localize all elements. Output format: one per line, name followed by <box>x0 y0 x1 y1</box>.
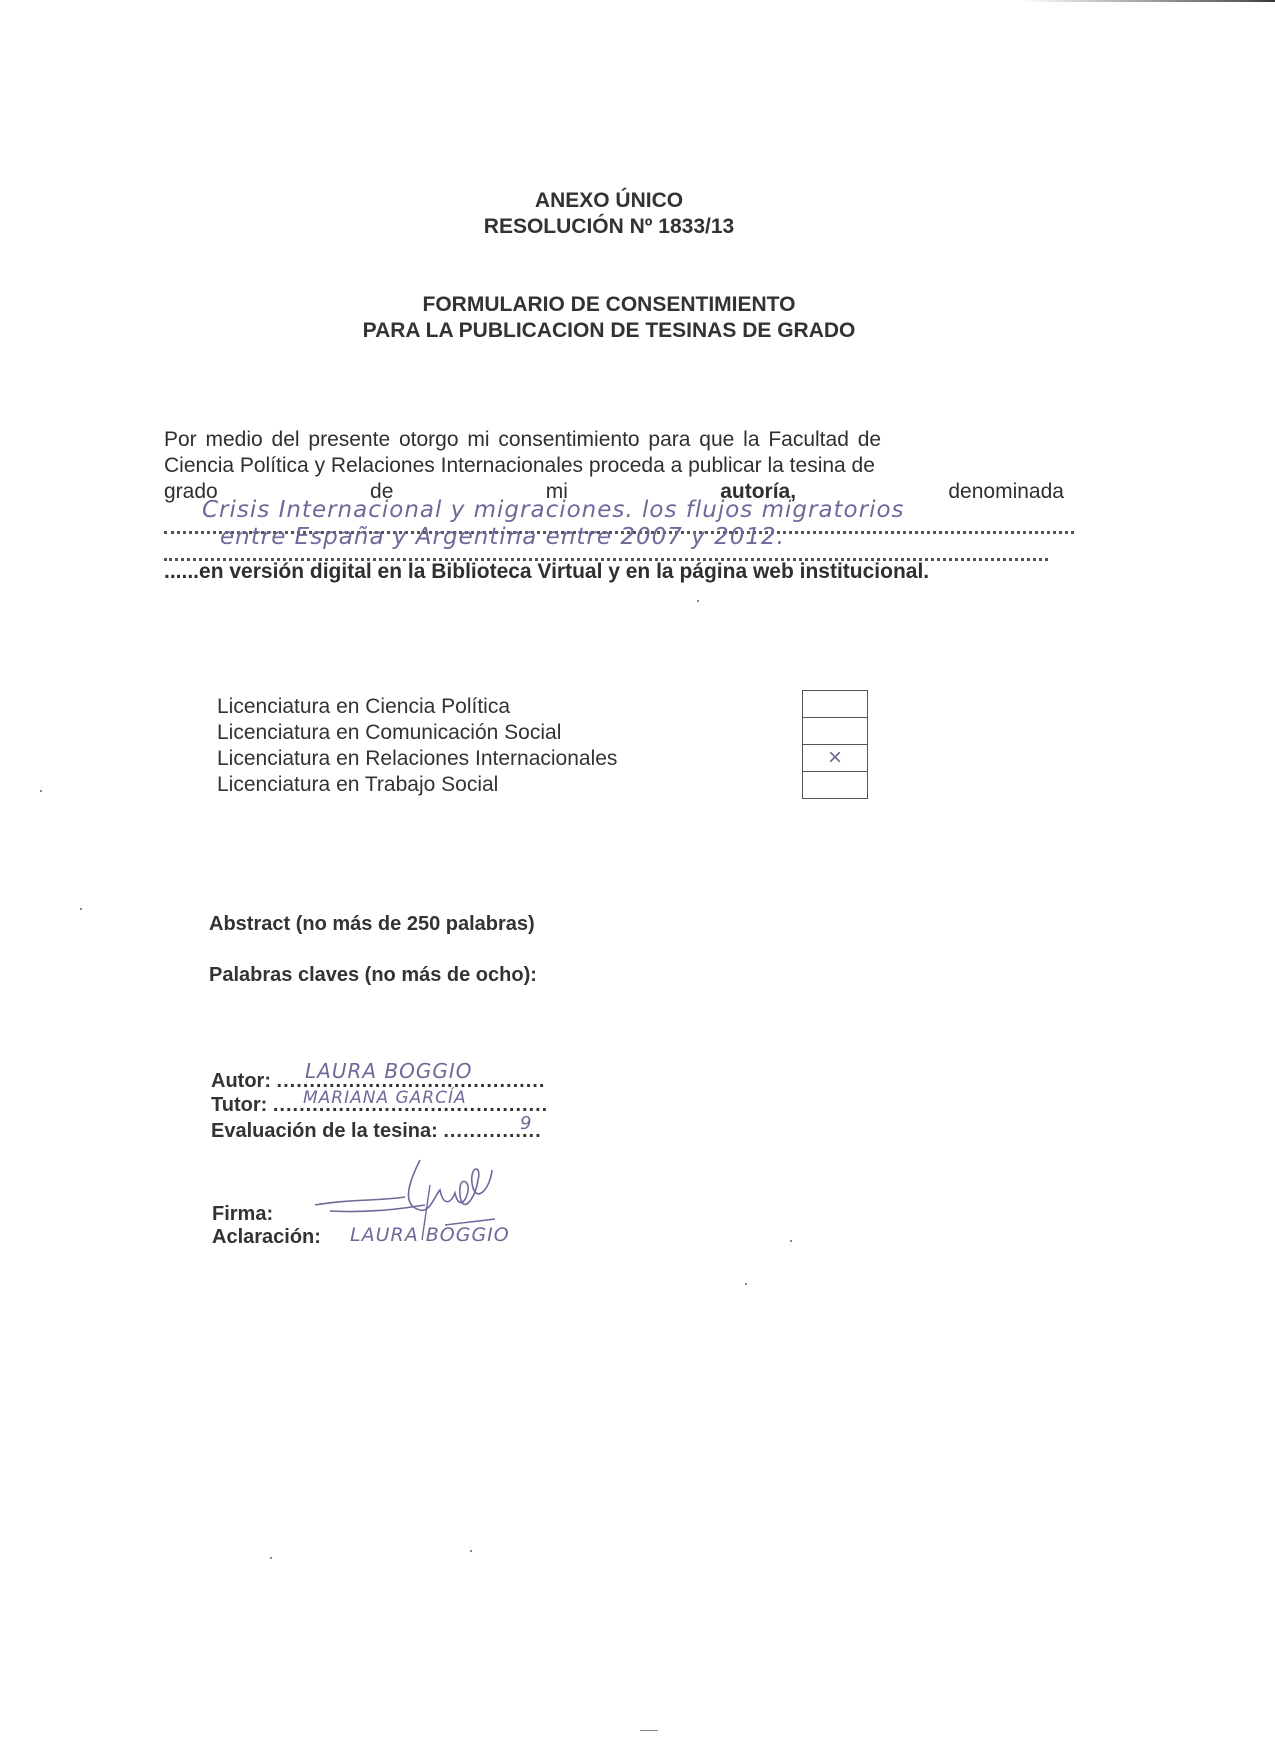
degree-checkbox-column: × <box>802 690 868 799</box>
form-subtitle: PARA LA PUBLICACION DE TESINAS DE GRADO <box>0 318 1218 343</box>
scan-speck <box>270 1557 272 1559</box>
consent-paragraph: Por medio del presente otorgo mi consent… <box>164 427 1064 505</box>
check-mark <box>803 772 867 798</box>
grade-label: Evaluación de la tesina: <box>211 1120 438 1142</box>
checkbox-comunicacion-social[interactable] <box>803 718 867 745</box>
keywords-label: Palabras claves (no más de ocho): <box>209 963 537 987</box>
annex-title: ANEXO ÚNICO <box>0 188 1218 213</box>
scan-speck <box>790 1240 792 1242</box>
consent-word: denominada <box>948 479 1064 505</box>
signature-label: Firma: <box>212 1202 273 1226</box>
consent-closing: ......en versión digital en la Bibliotec… <box>164 559 1064 585</box>
resolution-number: RESOLUCIÓN Nº 1833/13 <box>0 214 1218 239</box>
check-mark <box>803 691 867 717</box>
scan-speck <box>640 1730 658 1731</box>
clarification-label: Aclaración: <box>212 1225 321 1249</box>
scan-speck <box>745 1283 747 1285</box>
scan-edge <box>1020 0 1275 2</box>
consent-line-1: Por medio del presente otorgo mi consent… <box>164 427 1064 453</box>
degree-option-relaciones-internacionales: Licenciatura en Relaciones Internacional… <box>217 746 617 772</box>
closing-dots: ...... <box>164 560 199 583</box>
tutor-label: Tutor: <box>211 1094 267 1116</box>
thesis-title-handwritten-1: Crisis Internacional y migraciones. los … <box>202 497 905 523</box>
degree-option-trabajo-social: Licenciatura en Trabajo Social <box>217 772 498 798</box>
degree-option-ciencia-politica: Licenciatura en Ciencia Política <box>217 694 510 720</box>
thesis-title-handwritten-2: entre España y Argentina entre 2007 y 20… <box>220 524 785 550</box>
consent-line-2-text: Ciencia Política y Relaciones Internacio… <box>164 453 875 479</box>
tutor-handwritten: MARIANA GARCÍA <box>303 1088 467 1108</box>
consent-line-1-text: Por medio del presente otorgo mi consent… <box>164 427 881 453</box>
closing-text: en versión digital en la Biblioteca Virt… <box>199 560 929 583</box>
checkbox-ciencia-politica[interactable] <box>803 691 867 718</box>
checkbox-trabajo-social[interactable] <box>803 772 867 798</box>
checkbox-relaciones-internacionales[interactable]: × <box>803 745 867 772</box>
scan-speck <box>40 790 42 792</box>
consent-line-2: Ciencia Política y Relaciones Internacio… <box>164 453 1064 479</box>
author-label: Autor: <box>211 1070 271 1092</box>
form-title: FORMULARIO DE CONSENTIMIENTO <box>0 292 1218 317</box>
degree-option-comunicacion-social: Licenciatura en Comunicación Social <box>217 720 561 746</box>
author-handwritten: LAURA BOGGIO <box>305 1059 473 1083</box>
check-mark <box>803 718 867 744</box>
scan-speck <box>470 1550 472 1552</box>
abstract-label: Abstract (no más de 250 palabras) <box>209 912 535 936</box>
clarification-handwritten: LAURA BOGGIO <box>350 1224 510 1246</box>
scan-speck <box>80 908 82 910</box>
x-mark-icon: × <box>803 745 867 771</box>
grade-field: Evaluación de la tesina: ............... <box>211 1119 542 1143</box>
scan-speck <box>697 600 699 602</box>
grade-handwritten: 9 <box>520 1113 532 1134</box>
